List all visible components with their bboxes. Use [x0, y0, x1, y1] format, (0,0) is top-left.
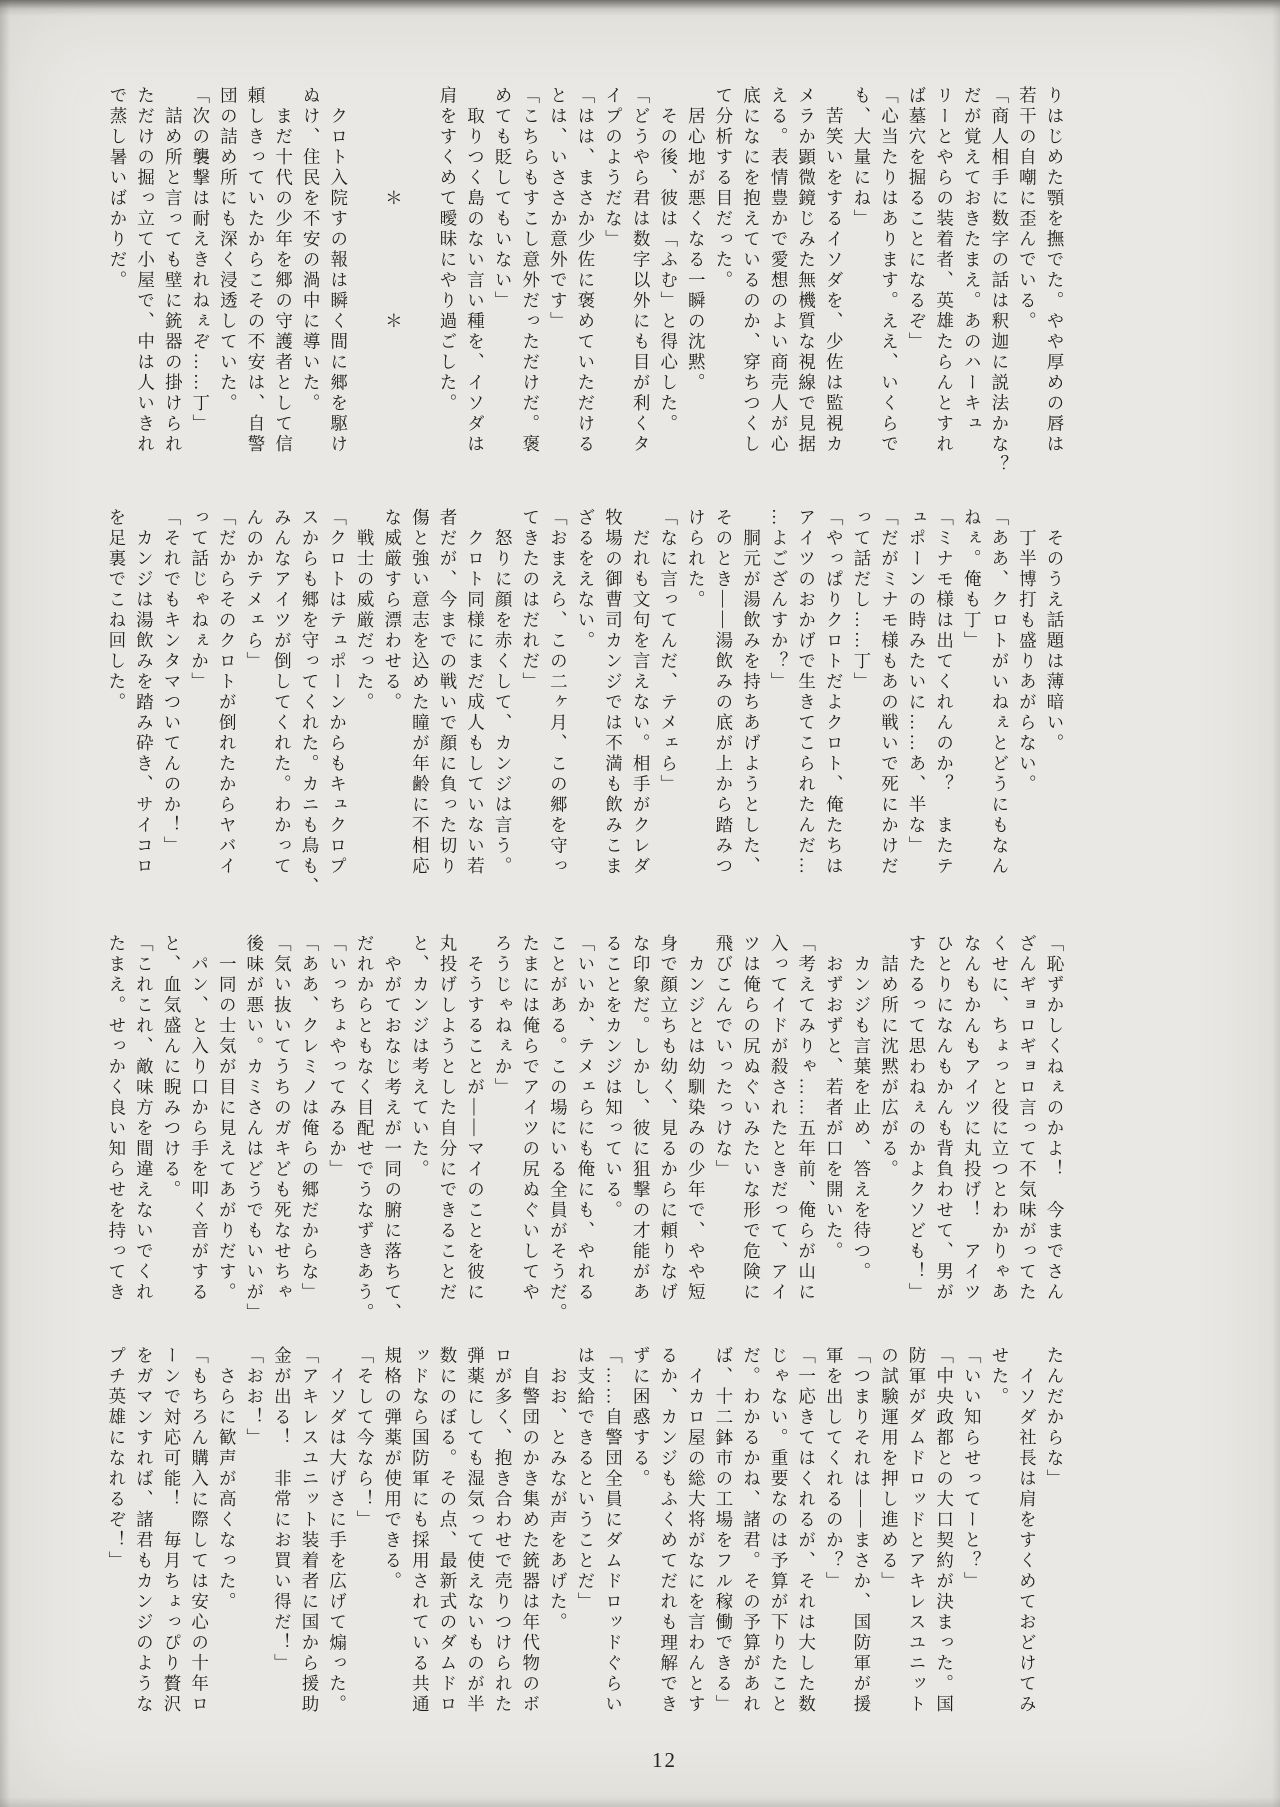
text-row-3: 「恥ずかしくねぇのかよ！ 今までさんざんギョロギョロ言って不気味がってたくせに、…: [102, 934, 1068, 1326]
text-column: 「どうやら君は数字以外にも目が利くタ: [627, 86, 655, 500]
text-column: くせに、ちょっと役に立つとわかりゃあ: [985, 934, 1013, 1326]
text-column: と、カンジは考えていた。: [406, 934, 434, 1326]
text-column: 団の詰め所にも深く浸透していた。: [214, 86, 242, 500]
text-column: ろうじゃねぇか」: [489, 934, 517, 1326]
text-column: 牧場の御曹司カンジでは不満も飲みこま: [599, 508, 627, 922]
text-column: おお、とみなが声をあげた。: [544, 1346, 572, 1738]
text-column: んのかテメェら」: [240, 508, 268, 922]
text-column: めても貶してもいない」: [489, 86, 517, 500]
text-column: 「なに言ってんだ、テメェら」: [654, 508, 682, 922]
text-column: 金が出る！ 非常にお買い得だ！」: [268, 1346, 296, 1738]
text-column: 規格の弾薬が使用できる。: [378, 1346, 406, 1738]
scan-edge-right: [1272, 0, 1280, 1807]
text-column: 「つまりそれは――まさか、国防軍が援: [847, 1346, 875, 1738]
text-row-4: たんだからな」 イソダ社長は肩をすくめておどけてみせた。「いい知らせってーと？」…: [102, 1346, 1068, 1738]
text-column: 「ミナモ様は出てくれんのか？ またテ: [930, 508, 958, 922]
text-column: せた。: [985, 1346, 1013, 1738]
text-column: クロト入院すの報は瞬く間に郷を駆け: [324, 86, 352, 500]
text-column: って話じゃねぇか」: [185, 508, 213, 922]
text-column: けられた。: [682, 508, 710, 922]
text-column: イカロ屋の総大将がなにを言わんとす: [682, 1346, 710, 1738]
text-column: てきたのはだれだ」: [516, 508, 544, 922]
text-row-1: りはじめた顎を撫でた。やや厚めの唇は若干の自嘲に歪んでいる。「商人相手に数字の話…: [103, 86, 1068, 500]
text-column: ッドなら国防軍にも採用されている共通: [406, 1346, 434, 1738]
text-column: スからも郷を守ってくれた。カニも鳥も、: [295, 508, 323, 922]
text-column: 「おお！」: [240, 1346, 268, 1738]
text-column: だれからともなく目配せでうなずきあう。: [351, 934, 379, 1326]
text-column: その後、彼は「ふむ」と得心した。: [654, 86, 682, 500]
text-column: て分析する目だった。: [709, 86, 737, 500]
text-column: イソダは大げさに手を広げて煽った。: [323, 1346, 351, 1738]
text-column: って話だし……丁」: [847, 508, 875, 922]
text-column: カンジは湯飲みを踏み砕き、サイコロ: [130, 508, 158, 922]
text-column: 「そして今なら！」: [351, 1346, 379, 1738]
text-column: 者だが、今までの戦いで顔に負った切り: [433, 508, 461, 922]
text-column: イプのようだな」: [599, 86, 627, 500]
text-column: さらに歓声が高くなった。: [213, 1346, 241, 1738]
text-column: える。表情豊かで愛想のよい商売人が心: [764, 86, 792, 500]
text-column: ュポーンの時みたいに……あ、半な」: [902, 508, 930, 922]
text-column: プチ英雄になれるぞ！」: [102, 1346, 130, 1738]
text-column: …よござんすか？」: [764, 508, 792, 922]
text-column: ざんギョロギョロ言って不気味がってた: [1013, 934, 1041, 1326]
text-column: 「いいか、テメェらにも俺にも、やれる: [571, 934, 599, 1326]
text-column: 防軍がダムドロッドとアキレスユニット: [902, 1346, 930, 1738]
text-column: ば、十二鉢市の工場をフル稼働できる」: [709, 1346, 737, 1738]
text-column: 「商人相手に数字の話は釈迦に説法かな？: [985, 86, 1013, 500]
text-column: ひとりになんもかんも背負わせて、男が: [930, 934, 958, 1326]
text-column: な威厳すら漂わせる。: [378, 508, 406, 922]
text-column: 詰め所と言っても壁に銃器の掛けられ: [159, 86, 187, 500]
text-column: たんだからな」: [1040, 1346, 1068, 1738]
text-column: 入ってイドが殺されたときだって、アイ: [764, 934, 792, 1326]
text-column: 「次の襲撃は耐えきれねぇぞ……丁」: [186, 86, 214, 500]
text-column: クロト同様にまだ成人もしていない若: [461, 508, 489, 922]
text-column: 軍を出してくれるのか？」: [820, 1346, 848, 1738]
text-column: 傷と強い意志を込めた瞳が年齢に不相応: [406, 508, 434, 922]
text-column: ツは俺らの尻ぬぐいみたいな形で危険に: [737, 934, 765, 1326]
text-column: 頼しきっていたからこその不安は、自警: [241, 86, 269, 500]
text-column: ロが多く、抱き合わせで売りつけられた: [489, 1346, 517, 1738]
text-row-2: そのうえ話題は薄暗い。 丁半博打も盛りあがらない。「ああ、クロトがいねぇとどうに…: [102, 508, 1068, 922]
text-column: 「だがミナモ様もあの戦いで死にかけだ: [875, 508, 903, 922]
text-column: るか、カンジもふくめてだれも理解でき: [654, 1346, 682, 1738]
text-column: 「やっぱりクロトだよクロト、俺たちは: [820, 508, 848, 922]
text-column: 「ああ、クロトがいねぇとどうにもなん: [985, 508, 1013, 922]
scan-edge-top: [0, 0, 1280, 16]
text-column: 「一応きてはくれるが、それは大した数: [792, 1346, 820, 1738]
text-column: リーとやらの装着者、英雄たらんとすれ: [930, 86, 958, 500]
text-column: 「だからそのクロトが倒れたからヤバイ: [213, 508, 241, 922]
text-column: カンジも言葉を止め、答えを待つ。: [847, 934, 875, 1326]
text-column: 「おまえら、この二ヶ月、この郷を守っ: [544, 508, 572, 922]
text-column: で蒸し暑いばかりだ。: [103, 86, 131, 500]
text-column: たまえ。せっかく良い知らせを持ってき: [102, 934, 130, 1326]
text-column: 「恥ずかしくねぇのかよ！ 今までさん: [1040, 934, 1068, 1326]
text-column: メラか顕微鏡じみた無機質な視線で見据: [792, 86, 820, 500]
text-column: 苦笑いをするイソダを、少佐は監視カ: [820, 86, 848, 500]
text-column: も、大量にね」: [847, 86, 875, 500]
text-column: 数にのぼる。その点、最新式のダムドロ: [433, 1346, 461, 1738]
text-column: ことがある。この場にいる全員がそうだ。: [544, 934, 572, 1326]
text-column: をガマンすれば、諸君もカンジのような: [130, 1346, 158, 1738]
text-column: だが覚えておきたまえ。あのハーキュ: [958, 86, 986, 500]
text-column: 戦士の威厳だった。: [351, 508, 379, 922]
text-column: 「これこれ、敵味方を間違えないでくれ: [130, 934, 158, 1326]
text-column: りはじめた顎を撫でた。やや厚めの唇は: [1040, 86, 1068, 500]
text-column: ねぇ。俺も丁」: [958, 508, 986, 922]
text-column: 「ああ、クレミノは俺らの郷だからな」: [295, 934, 323, 1326]
text-column: 弾薬にしても湿気って使えないものが半: [461, 1346, 489, 1738]
text-column: 「いっちょやってみるか」: [323, 934, 351, 1326]
text-column: を足裏でこね回した。: [102, 508, 130, 922]
text-column: 「クロトはテュポーンからもキュクロプ: [323, 508, 351, 922]
text-column: 肩をすくめて曖昧にやり過ごした。: [433, 86, 461, 500]
text-column: 自警団のかき集めた銃器は年代物のボ: [516, 1346, 544, 1738]
scanned-novel-page: { "page": { "number": "12", "paper_color…: [0, 0, 1280, 1807]
text-column: 丸投げしようとした自分にできることだ: [433, 934, 461, 1326]
text-column: みんなアイツが倒してくれた。わかって: [268, 508, 296, 922]
text-column: やがておなじ考えが一同の腑に落ちて、: [378, 934, 406, 1326]
text-column: イソダ社長は肩をすくめておどけてみ: [1013, 1346, 1041, 1738]
text-column: 底になにを抱えているのか、穿ちつくし: [737, 86, 765, 500]
text-column: ーンで対応可能！ 毎月ちょっぴり贅沢: [157, 1346, 185, 1738]
text-column: そのとき――湯飲みの底が上から踏みつ: [709, 508, 737, 922]
text-column: ることをカンジは知っている。: [599, 934, 627, 1326]
text-column: そのうえ話題は薄暗い。: [1040, 508, 1068, 922]
scan-edge-bottom: [0, 1797, 1280, 1807]
text-column: おずおずと、若者が口を開いた。: [820, 934, 848, 1326]
text-column: カンジとは幼馴染みの少年で、やや短: [682, 934, 710, 1326]
text-column: ただけの掘っ立て小屋で、中は人いきれ: [131, 86, 159, 500]
text-column: とは、いささか意外です」: [544, 86, 572, 500]
text-column: 詰め所に沈黙が広がる。: [875, 934, 903, 1326]
text-column: 「はは、まさか少佐に褒めていただける: [571, 86, 599, 500]
text-column: 身で顔立ちも幼く、見るからに頼りなげ: [654, 934, 682, 1326]
text-column: ぬけ、住民を不安の渦中に導いた。: [297, 86, 325, 500]
text-column: 若干の自嘲に歪んでいる。: [1013, 86, 1041, 500]
text-column: 「気い抜いてうちのガキども死なせちゃ: [268, 934, 296, 1326]
page-number: 12: [652, 1748, 677, 1773]
text-column: すたるって思わねぇのかよクソども！」: [902, 934, 930, 1326]
text-column: 丁半博打も盛りあがらない。: [1013, 508, 1041, 922]
text-column: だ。わかるかね、諸君。その予算があれ: [737, 1346, 765, 1738]
text-column: 胴元が湯飲みを持ちあげようとした、: [737, 508, 765, 922]
text-column: 「いい知らせってーと？」: [958, 1346, 986, 1738]
text-column: 後味が悪い。カミさんはどうでもいいが」: [240, 934, 268, 1326]
text-column: 「こちらもすこし意外だっただけだ。褒: [516, 86, 544, 500]
text-column: アイツのおかげで生きてこられたんだ…: [792, 508, 820, 922]
text-column: 「……自警団全員にダムドロッドぐらい: [599, 1346, 627, 1738]
text-column: 怒りに顔を赤くして、カンジは言う。: [489, 508, 517, 922]
text-column: パン、と入り口から手を叩く音がする: [185, 934, 213, 1326]
text-column: 居心地が悪くなる一瞬の沈黙。: [682, 86, 710, 500]
text-column: ずに困惑する。: [627, 1346, 655, 1738]
text-column: の試験運用を押し進める」: [875, 1346, 903, 1738]
text-column: なんもかんもアイツに丸投げ！ アイツ: [958, 934, 986, 1326]
text-column: だれも文句を言えない。相手がクレダ: [627, 508, 655, 922]
text-column: 「それでもキンタマついてんのか！」: [157, 508, 185, 922]
text-column: 「考えてみりゃ……五年前、俺らが山に: [792, 934, 820, 1326]
text-column: 飛びこんでいったっけな」: [709, 934, 737, 1326]
text-column: 「アキレスユニット装着者に国から援助: [295, 1346, 323, 1738]
text-column: 「もちろん購入に際しては安心の十年ロ: [185, 1346, 213, 1738]
text-column: ば墓穴を掘ることになるぞ」: [902, 86, 930, 500]
text-column: 取りつく島のない言い種を、イソダは: [461, 86, 489, 500]
text-column: 一同の士気が目に見えてあがりだす。: [213, 934, 241, 1326]
text-column: ざるをえない。: [571, 508, 599, 922]
text-column: と、血気盛んに睨みつける。: [157, 934, 185, 1326]
scan-edge-left: [0, 0, 10, 1807]
text-column: な印象だ。しかし、彼に狙撃の才能があ: [627, 934, 655, 1326]
text-column: 「心当たりはあります。ええ、いくらで: [875, 86, 903, 500]
text-column: は支給できるということだ」: [571, 1346, 599, 1738]
text-column: 「中央政都との大口契約が決まった。国: [930, 1346, 958, 1738]
text-column: じゃない。重要なのは予算が下りたこと: [764, 1346, 792, 1738]
text-column: そうすることが――マイのことを彼に: [461, 934, 489, 1326]
text-column: まだ十代の少年を郷の守護者として信: [269, 86, 297, 500]
text-column: たまには俺らでアイツの尻ぬぐいしてや: [516, 934, 544, 1326]
section-separator: ＊ ＊: [379, 86, 407, 500]
